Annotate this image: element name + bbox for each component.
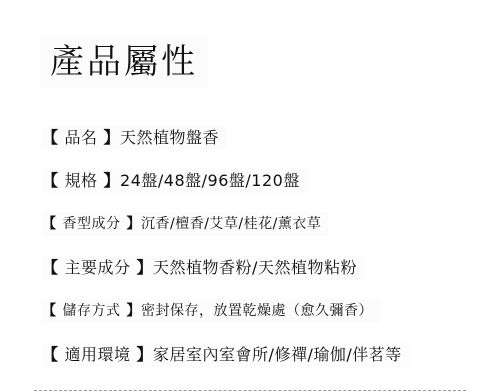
attribute-row-storage: 【儲存方式】密封保存，放置乾燥處（愈久彌香）	[42, 299, 381, 323]
attribute-value: 密封保存，放置乾燥處（愈久彌香）	[141, 303, 373, 319]
attribute-row-environment: 【適用環境】家居室內室會所/修禪/瑜伽/伴茗等	[42, 343, 410, 367]
attribute-row-ingredients: 【主要成分】天然植物香粉/天然植物粘粉	[42, 256, 365, 280]
open-bracket: 【	[42, 171, 59, 190]
attribute-value: 沉香/檀香/艾草/桂花/薰衣草	[141, 216, 321, 232]
open-bracket: 【	[42, 216, 57, 232]
attribute-label: 儲存方式	[63, 303, 121, 319]
page-title: 產品屬性	[40, 36, 208, 88]
open-bracket: 【	[42, 303, 57, 319]
attribute-label: 適用環境	[65, 345, 131, 364]
open-bracket: 【	[42, 345, 59, 364]
attribute-value: 天然植物香粉/天然植物粘粉	[153, 258, 357, 277]
attribute-label: 主要成分	[65, 258, 131, 277]
attribute-value: 24盤/48盤/96盤/120盤	[120, 171, 300, 190]
attribute-row-name: 【品名】天然植物盤香	[42, 126, 227, 150]
attribute-row-fragrance: 【香型成分】沉香/檀香/艾草/桂花/薰衣草	[42, 212, 329, 236]
attribute-value: 天然植物盤香	[120, 128, 219, 147]
close-bracket: 】	[127, 216, 142, 232]
close-bracket: 】	[104, 171, 121, 190]
attribute-row-spec: 【規格】24盤/48盤/96盤/120盤	[42, 169, 308, 193]
close-bracket: 】	[104, 128, 121, 147]
attribute-label: 規格	[65, 171, 98, 190]
attribute-value: 家居室內室會所/修禪/瑜伽/伴茗等	[153, 345, 402, 364]
attribute-label: 品名	[65, 128, 98, 147]
dashed-divider	[34, 390, 466, 391]
attribute-label: 香型成分	[63, 216, 121, 232]
close-bracket: 】	[137, 345, 154, 364]
close-bracket: 】	[137, 258, 154, 277]
open-bracket: 【	[42, 258, 59, 277]
close-bracket: 】	[127, 303, 142, 319]
open-bracket: 【	[42, 128, 59, 147]
